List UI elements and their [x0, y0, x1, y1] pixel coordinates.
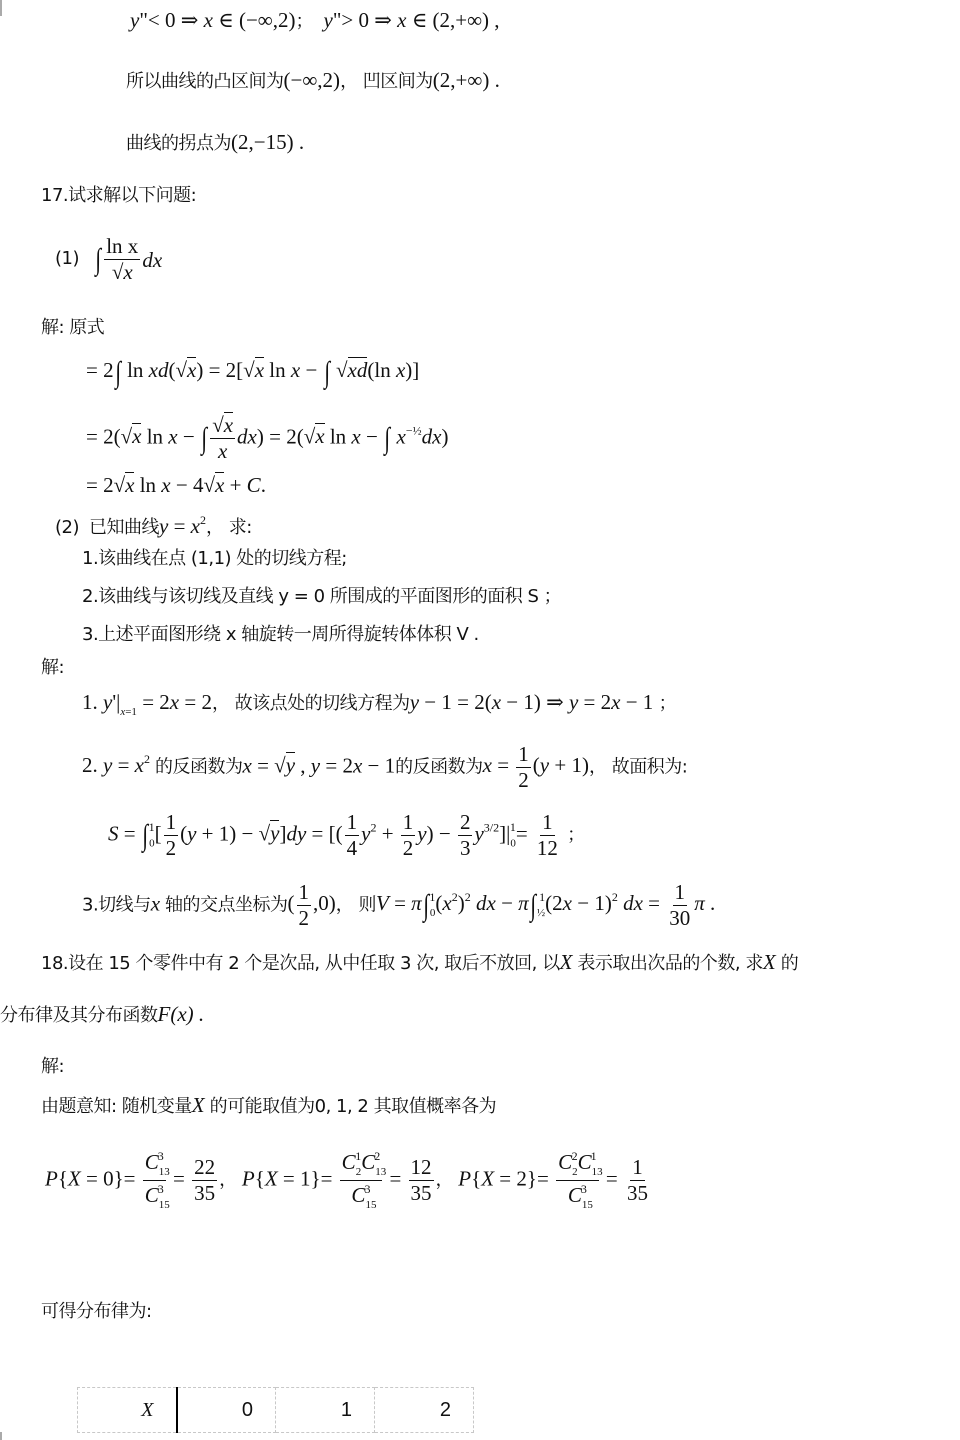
inflection-point: (2,−15) .: [231, 130, 304, 154]
q17-part1-solution-label: 解: 原式: [41, 316, 104, 340]
answer-3-text: 轴的交点坐标为: [165, 894, 288, 915]
distribution-label: 可得分布律为:: [41, 1300, 152, 1324]
table-cell: 0: [177, 1388, 276, 1433]
given-text: 的可能取值为0, 1, 2 其取值概率各为: [210, 1096, 496, 1117]
inflection-statement: 曲线的拐点为(2,−15) .: [126, 130, 304, 156]
q17-step-1: = 2∫ ln xd(√x) = 2[√x ln x − ∫ √xd(ln x)…: [86, 358, 419, 385]
table-cell: 2: [375, 1388, 474, 1433]
integral-sign: ∫: [95, 248, 101, 272]
page-corner-mark: [0, 1432, 2, 1440]
integrand-denominator: x: [123, 259, 132, 284]
differential: dx: [142, 248, 162, 272]
distribution-table: X 0 1 2: [77, 1387, 474, 1433]
q18-problem-line1: 18.设在 15 个零件中有 2 个是次品, 从中任取 3 次, 取后不放回, …: [41, 950, 798, 976]
page-corner-mark: [0, 0, 2, 16]
q17-step-3: = 2√x ln x − 4√x + C.: [86, 473, 266, 497]
convexity-label: 所以曲线的凸区间为: [126, 71, 284, 92]
q17-part1-problem: (1) ∫ ln x√x dx: [55, 236, 162, 283]
q18-given: 由题意知: 随机变量X 的可能取值为0, 1, 2 其取值概率各为: [41, 1093, 496, 1119]
part-label: (2): [55, 517, 79, 538]
table-cell: 1: [276, 1388, 375, 1433]
part-label: (1): [55, 248, 79, 269]
table-row: X 0 1 2: [78, 1388, 474, 1433]
area-formula: S = ∫01[12(y + 1) − √y]dy = [(14y2 + 12y…: [108, 812, 585, 859]
q17-part2-problem: (2) 已知曲线y = x2， 求:: [55, 508, 252, 540]
answer-1-text: ， 故该点处的切线方程为: [212, 693, 410, 714]
task-2: 2.该曲线与该切线及直线 y = 0 所围成的平面图形的面积 S ；: [82, 585, 561, 609]
answer-2: 2. y = x2 的反函数为x = √y , y = 2x − 1的反函数为x…: [82, 744, 687, 791]
q17-step-2: = 2(√x ln x − ∫√xxdx) = 2(√x ln x − ∫ x−…: [86, 415, 448, 462]
second-derivative-sign-analysis: y"< 0 ⇒ x ∈ (−∞,2)； y"> 0 ⇒ x ∈ (2,+∞) ,: [130, 8, 500, 34]
q18-text: 18.设在 15 个零件中有 2 个是次品, 从中任取 3 次, 取后不放回, …: [41, 953, 560, 974]
task-3: 3.上述平面图形绕 x 轴旋转一周所得旋转体体积 V .: [82, 623, 479, 647]
probability-formulas: P{X = 0}= C133C153 = 2235， P{X = 1}= C21…: [45, 1150, 652, 1211]
q18-text: 表示取出次品的个数, 求: [577, 953, 762, 974]
answer-3-text: ， 则: [336, 894, 376, 915]
inflection-label: 曲线的拐点为: [126, 133, 231, 154]
intro-text: 已知曲线: [89, 517, 159, 538]
convexity-statement: 所以曲线的凸区间为(−∞,2)， 凹区间为(2,+∞) .: [126, 68, 500, 94]
answer-3: 3.切线与x 轴的交点坐标为(12,0)， 则V = π∫01(x2)2 dx …: [82, 882, 715, 929]
q18-text: 的: [781, 953, 799, 974]
q17-part2-solution-label: 解:: [41, 656, 64, 680]
table-header-x: X: [78, 1388, 177, 1433]
given-text: 由题意知: 随机变量: [41, 1096, 192, 1117]
intro-suffix: ， 求:: [206, 517, 252, 538]
q18-problem-line2: 分布律及其分布函数F(x) .: [0, 1002, 204, 1028]
answer-1: 1. y'|x=1 = 2x = 2， 故该点处的切线方程为y − 1 = 2(…: [82, 690, 676, 724]
integrand-numerator: ln x: [104, 236, 140, 260]
q17-title: 17.试求解以下问题:: [41, 184, 196, 208]
task-1: 1.该曲线在点 (1,1) 处的切线方程;: [82, 547, 347, 571]
q18-solution-label: 解:: [41, 1055, 64, 1079]
concave-label: ， 凹区间为: [340, 71, 433, 92]
concave-interval: (2,+∞) .: [433, 68, 500, 92]
inverse-text: 的反函数为: [395, 756, 483, 777]
answer-3-text: 3.切线与: [82, 894, 151, 915]
inverse-text: 的反函数为: [155, 756, 243, 777]
q18-text: 分布律及其分布函数: [0, 1005, 158, 1026]
convex-interval: (−∞,2): [284, 68, 341, 92]
area-intro: ， 故面积为:: [589, 756, 687, 777]
distribution-function: F(x) .: [158, 1002, 205, 1026]
